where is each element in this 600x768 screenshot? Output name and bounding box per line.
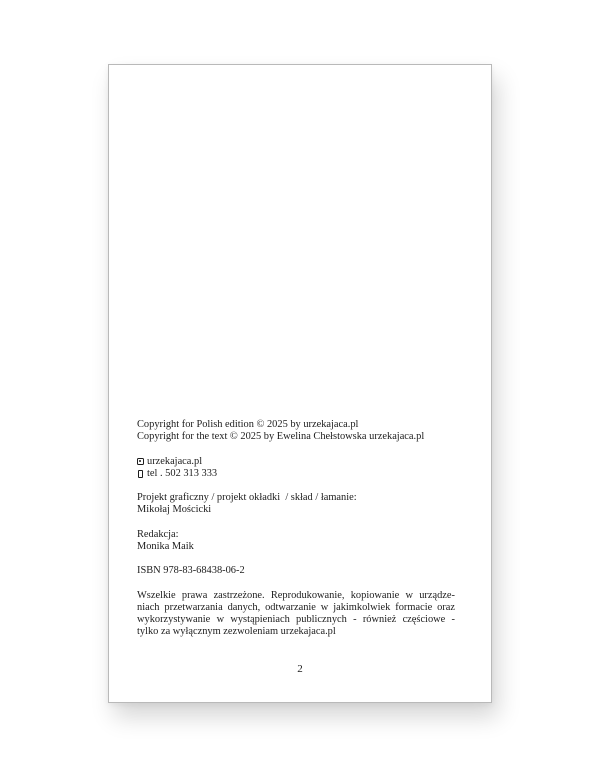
imprint-content: Copyright for Polish edition © 2025 by u… bbox=[137, 419, 455, 651]
website-line: urzekajaca.pl bbox=[137, 456, 455, 468]
contact-block: urzekajaca.pl tel . 502 313 333 bbox=[137, 456, 455, 480]
book-page: Copyright for Polish edition © 2025 by u… bbox=[108, 64, 492, 703]
legal-line: tylko za wyłącznym zezwoleniam urzekajac… bbox=[137, 626, 455, 638]
editing-credit-block: Redakcja: Monika Maik bbox=[137, 529, 455, 553]
website-label: urzekajaca.pl bbox=[147, 456, 202, 468]
editing-name: Monika Maik bbox=[137, 541, 455, 553]
isbn-block: ISBN 978-83-68438-06-2 bbox=[137, 565, 455, 577]
phone-line: tel . 502 313 333 bbox=[137, 468, 455, 480]
editing-heading: Redakcja: bbox=[137, 529, 455, 541]
phone-icon bbox=[138, 470, 143, 478]
legal-line: wykorzystywanie w wystąpieniach publiczn… bbox=[137, 614, 455, 626]
design-credit-block: Projekt graficzny / projekt okładki / sk… bbox=[137, 492, 455, 516]
copyright-edition: Copyright for Polish edition © 2025 by u… bbox=[137, 419, 455, 431]
design-name: Mikołaj Mościcki bbox=[137, 504, 455, 516]
copyright-text: Copyright for the text © 2025 by Ewelina… bbox=[137, 431, 455, 443]
phone-label: tel . 502 313 333 bbox=[147, 468, 217, 480]
legal-notice: Wszelkie prawa zastrzeżone. Reprodukowan… bbox=[137, 590, 455, 639]
web-icon bbox=[137, 458, 144, 465]
viewer-stage: Copyright for Polish edition © 2025 by u… bbox=[0, 0, 600, 768]
legal-line: Wszelkie prawa zastrzeżone. Reprodukowan… bbox=[137, 590, 455, 602]
legal-line: niach przetwarzania danych, odtwarzanie … bbox=[137, 602, 455, 614]
copyright-block: Copyright for Polish edition © 2025 by u… bbox=[137, 419, 455, 443]
page-number: 2 bbox=[109, 663, 491, 675]
isbn: ISBN 978-83-68438-06-2 bbox=[137, 565, 455, 577]
design-heading: Projekt graficzny / projekt okładki / sk… bbox=[137, 492, 455, 504]
